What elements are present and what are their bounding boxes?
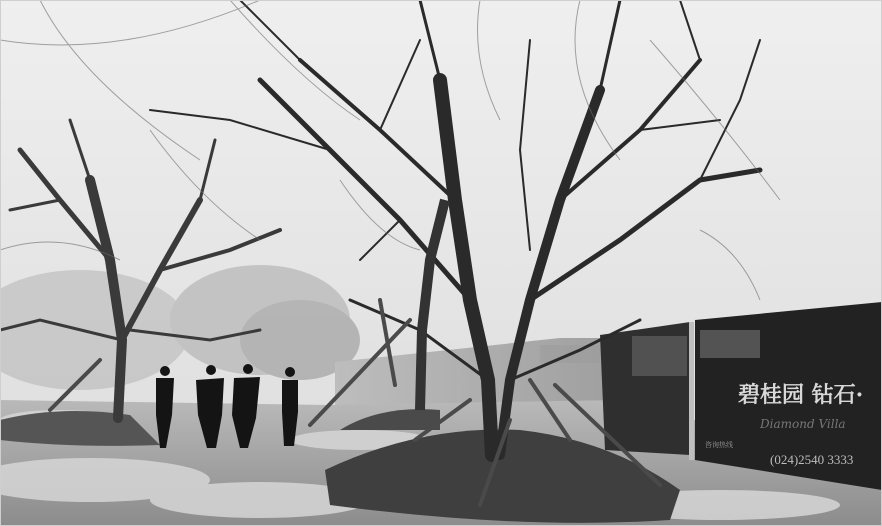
billboard-phone: (024)2540 3333: [770, 452, 853, 467]
billboard-contact-prefix: 咨询热线: [705, 440, 733, 449]
photo-scene: 碧桂园 钻石· Diamond Villa 咨询热线 (024)2540 333…: [0, 0, 882, 526]
billboard-subtitle: Diamond Villa: [759, 417, 846, 431]
billboard-brand: 碧桂园 钻石·: [738, 382, 863, 408]
pixelated-logo: [632, 336, 687, 376]
photo-canvas: 碧桂园 钻石· Diamond Villa 咨询热线 (024)2540 333…: [0, 0, 882, 526]
